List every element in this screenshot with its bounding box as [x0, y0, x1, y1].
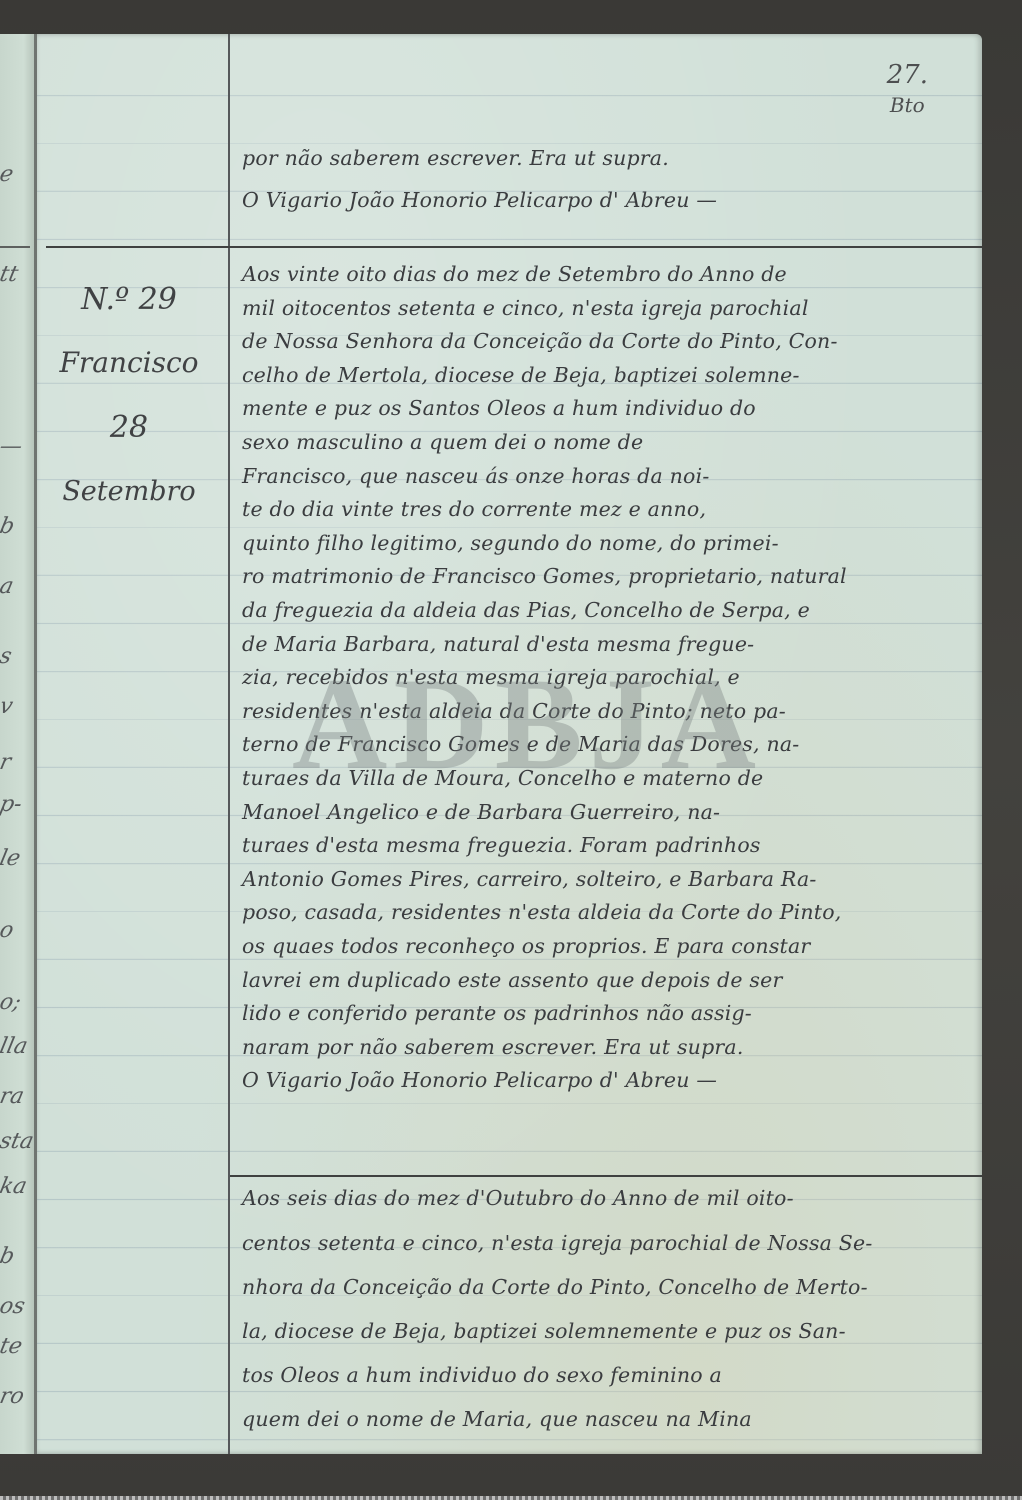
facing-page-fragment: a	[0, 574, 16, 599]
facing-page-fragment: e	[0, 162, 16, 187]
facing-page-fragment: ro	[0, 1384, 26, 1409]
scanner-edge-strip	[0, 1496, 1022, 1500]
facing-page-fragment: le	[0, 846, 23, 871]
facing-page-fragment: v	[0, 694, 15, 719]
facing-page-fragment: tt	[0, 262, 20, 287]
facing-page-fragment: —	[0, 434, 25, 459]
facing-page-fragment: r	[0, 750, 13, 775]
facing-page-fragment: os	[0, 1294, 27, 1319]
facing-page-fragment: p-	[0, 792, 24, 817]
facing-page-fragment: o	[0, 918, 16, 943]
facing-page-fragment: te	[0, 1334, 25, 1359]
facing-page-fragment: ka	[0, 1174, 29, 1199]
facing-page-fragment: s	[0, 644, 14, 669]
facing-page-fragment: sta	[0, 1129, 34, 1154]
facing-page-fragment: lla	[0, 1034, 30, 1059]
facing-page-fragment: o;	[0, 990, 23, 1015]
facing-page-fragment: b	[0, 1244, 17, 1269]
register-page-lower	[34, 34, 982, 1454]
facing-page-fragment: b	[0, 514, 17, 539]
facing-page-rule	[0, 246, 30, 248]
facing-page-fragment: ra	[0, 1084, 26, 1109]
facing-page-edge: e tt — b a s v r p- le o o; lla ra sta k…	[0, 34, 34, 1454]
